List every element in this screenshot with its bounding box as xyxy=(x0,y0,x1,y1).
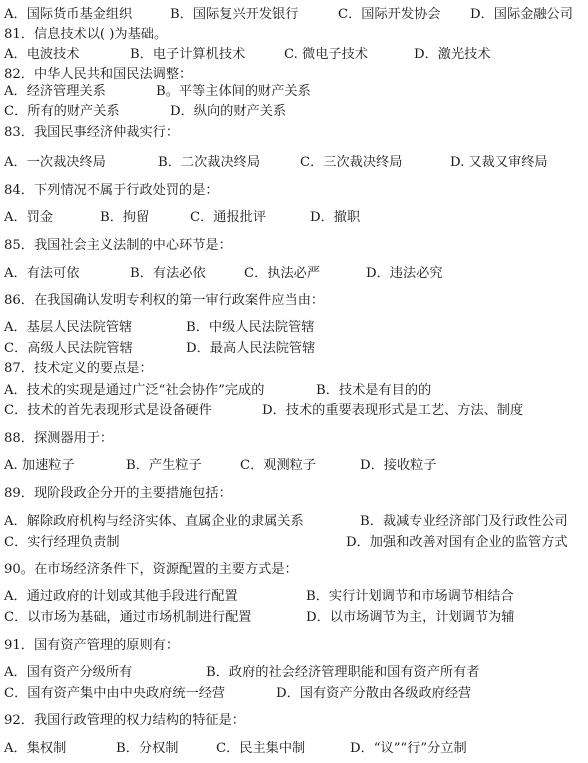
option-b: B．国际复兴开发银行 xyxy=(170,5,298,25)
option-b: B。平等主体间的财产关系 xyxy=(156,82,311,102)
option-c: C．以市场为基础，通过市场机制进行配置 xyxy=(4,608,251,628)
option-b: B．分权制 xyxy=(116,739,178,759)
option-a: A．有法可依 xyxy=(4,264,79,284)
question-stem: 87．技术定义的要点是： xyxy=(4,359,153,379)
option-c: C．所有的财产关系 xyxy=(4,102,120,122)
option-d: D. 又裁又审终局 xyxy=(450,153,548,173)
option-c: C．国有资产集中由中央政府统一经营 xyxy=(4,684,225,704)
option-b: B．产生粒子 xyxy=(126,456,202,476)
option-d: D．技术的重要表现形式是工艺、方法、制度 xyxy=(262,401,523,421)
option-b: B．政府的社会经济管理职能和国有资产所有者 xyxy=(206,663,479,683)
option-d: D．国际金融公司 xyxy=(470,5,573,25)
option-d: D．接收粒子 xyxy=(360,456,437,476)
option-a: A. 加速粒子 xyxy=(4,456,75,476)
option-a: A．罚金 xyxy=(4,208,53,228)
option-c: C．国际开发协会 xyxy=(338,5,440,25)
option-c: C．三次裁决终局 xyxy=(300,153,402,173)
option-b: B．中级人民法院管辖 xyxy=(186,318,314,338)
option-c: C．高级人民法院管辖 xyxy=(4,339,133,359)
option-c: C．民主集中制 xyxy=(216,739,305,759)
option-a: A．解除政府机构与经济实体、直属企业的隶属关系 xyxy=(4,512,304,532)
option-c: C．执法必严 xyxy=(244,264,320,284)
option-a: A．经济管理关系 xyxy=(4,82,106,102)
option-d: D．违法必究 xyxy=(366,264,443,284)
option-c: C．实行经理负责制 xyxy=(4,533,120,553)
option-d: D．纵向的财产关系 xyxy=(170,102,286,122)
option-b: B．技术是有目的的 xyxy=(316,381,431,401)
question-stem: 86．在我国确认发明专利权的第一审行政案件应当由： xyxy=(4,291,324,311)
option-a: A．国有资产分级所有 xyxy=(4,663,132,683)
option-d: D．加强和改善对国有企业的监管方式 xyxy=(346,533,568,553)
option-d: D．最高人民法院管辖 xyxy=(186,339,315,359)
option-a: A．国际货币基金组织 xyxy=(4,5,132,25)
option-c: C. 微电子技术 xyxy=(284,45,368,65)
question-stem: 90。在市场经济条件下，资源配置的主要方式是： xyxy=(4,560,298,580)
option-b: B．电子计算机技术 xyxy=(130,45,245,65)
option-d: D．以市场调节为主，计划调节为辅 xyxy=(306,608,514,628)
option-b: B．二次裁决终局 xyxy=(158,153,260,173)
option-a: A．集权制 xyxy=(4,739,66,759)
question-stem: 92．我国行政管理的权力结构的特征是： xyxy=(4,711,245,731)
option-a: A．基层人民法院管辖 xyxy=(4,318,132,338)
option-c: C．技术的首先表现形式是设备硬件 xyxy=(4,401,212,421)
question-stem: 88．探测器用于： xyxy=(4,429,113,449)
option-a: A．一次裁决终局 xyxy=(4,153,106,173)
question-stem: 85．我国社会主义法制的中心环节是： xyxy=(4,236,232,256)
question-stem: 89．现阶段政企分开的主要措施包括： xyxy=(4,484,232,504)
option-a: A．电波技术 xyxy=(4,45,79,65)
option-b: B．拘留 xyxy=(100,208,149,228)
question-stem: 83．我国民事经济仲裁实行： xyxy=(4,123,179,143)
option-b: B．裁减专业经济部门及行政性公司 xyxy=(360,512,568,532)
option-d: D．撤职 xyxy=(310,208,360,228)
option-d: D．国有资产分散由各级政府经营 xyxy=(276,684,471,704)
option-a: A．通过政府的计划或其他手段进行配置 xyxy=(4,587,238,607)
option-c: C．观测粒子 xyxy=(240,456,316,476)
question-stem: 91．国有资产管理的原则有： xyxy=(4,636,179,656)
option-a: A．技术的实现是通过广泛“社会协作”完成的 xyxy=(4,381,264,401)
option-b: B．有法必依 xyxy=(130,264,206,284)
question-stem: 84．下列情况不属于行政处罚的是： xyxy=(4,181,219,201)
option-d: D．激光技术 xyxy=(414,45,491,65)
question-stem: 81．信息技术以( )为基础。 xyxy=(4,25,167,45)
option-c: C．通报批评 xyxy=(190,208,266,228)
option-b: B．实行计划调节和市场调节相结合 xyxy=(306,587,514,607)
option-d: D．“议”“行”分立制 xyxy=(350,739,467,759)
